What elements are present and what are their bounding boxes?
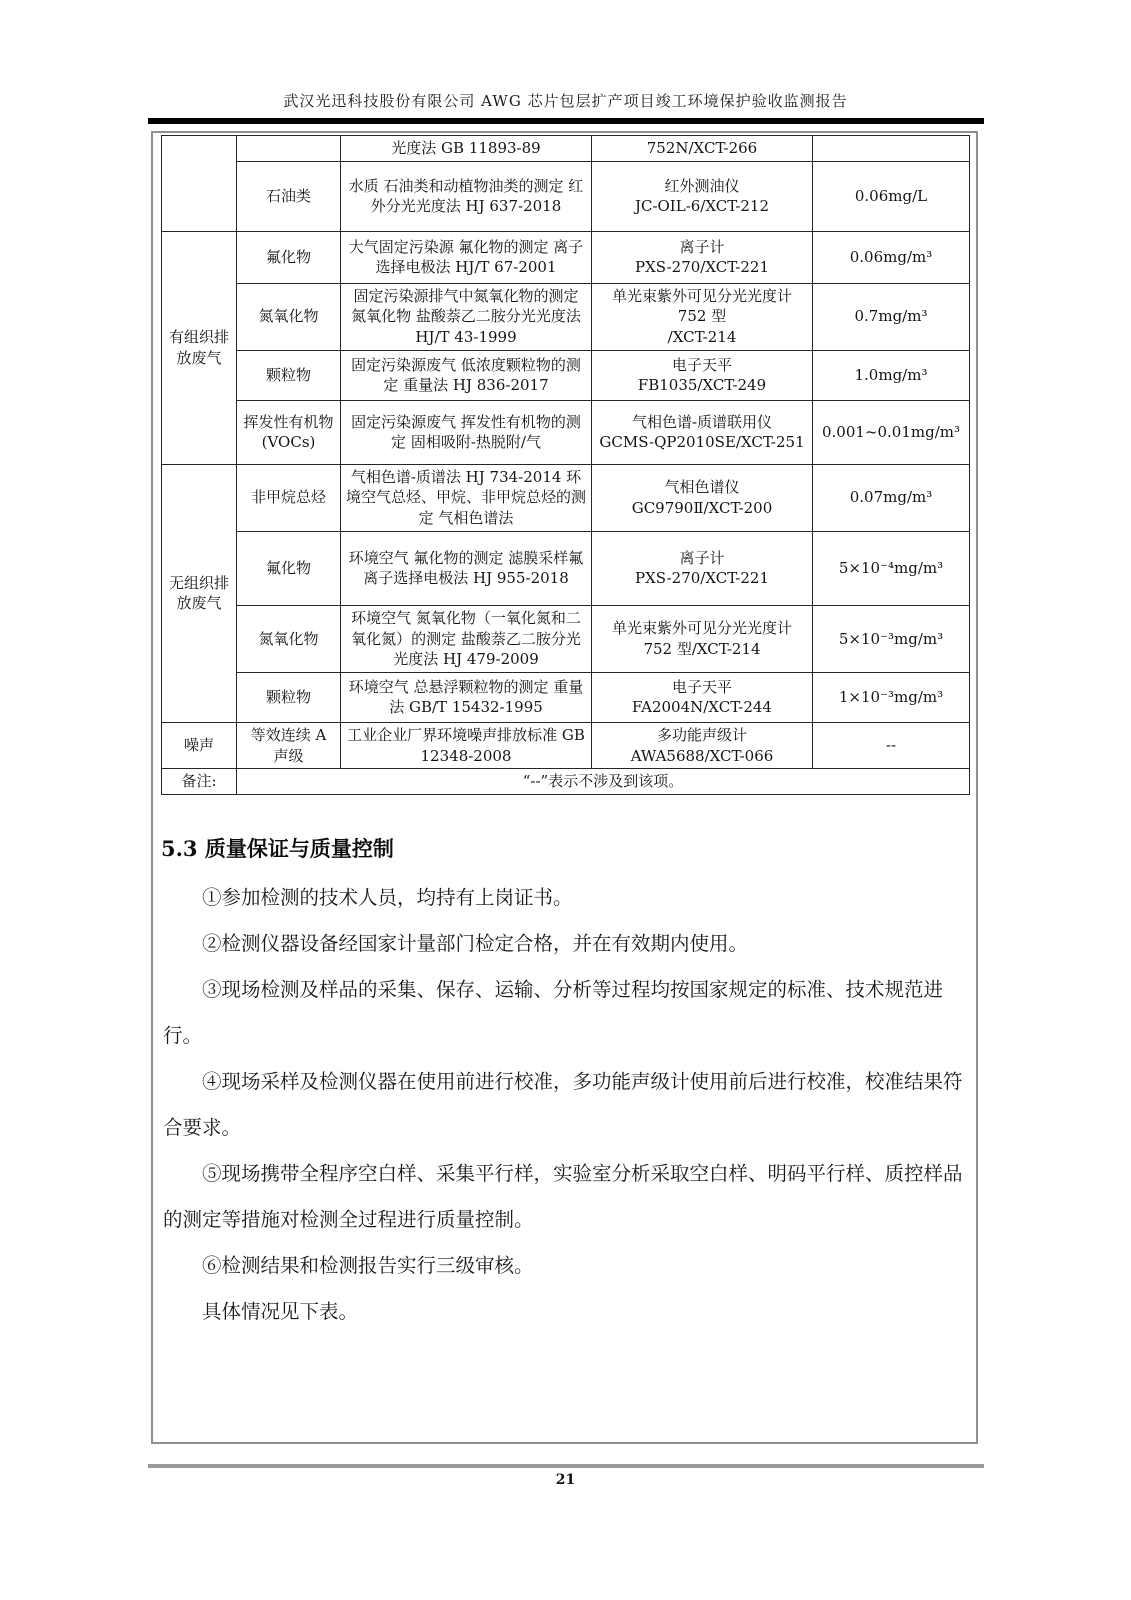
instrument-cell: 多功能声级计 AWA5688/XCT-066 (592, 722, 813, 768)
param-cell (237, 136, 341, 162)
param-cell: 氮氧化物 (237, 283, 341, 350)
param-cell: 石油类 (237, 161, 341, 231)
param-cell: 氟化物 (237, 231, 341, 283)
detection-limit-cell: 0.07mg/m³ (813, 464, 970, 531)
detection-limit-cell: 0.06mg/m³ (813, 231, 970, 283)
qa-section-body: ①参加检测的技术人员，均持有上岗证书。 ②检测仪器设备经国家计量部门检定合格，并… (153, 875, 976, 1335)
instrument-cell: 离子计 PXS-270/XCT-221 (592, 231, 813, 283)
method-cell: 固定污染源废气 挥发性有机物的测定 固相吸附-热脱附/气 (341, 400, 592, 464)
method-cell: 气相色谱-质谱法 HJ 734-2014 环境空气总烃、甲烷、非甲烷总烃的测定 … (341, 464, 592, 531)
param-cell: 非甲烷总烃 (237, 464, 341, 531)
qa-paragraph-5: ⑤现场携带全程序空白样、采集平行样，实验室分析采取空白样、明码平行样、质控样品的… (163, 1151, 964, 1243)
instrument-cell: 气相色谱-质谱联用仪 GCMS-QP2010SE/XCT-251 (592, 400, 813, 464)
footer-rule (148, 1464, 984, 1468)
param-cell: 氟化物 (237, 531, 341, 605)
note-cell: “--”表示不涉及到该项。 (237, 769, 970, 795)
group-cell-unorganized-gas: 无组织排放废气 (162, 464, 237, 722)
param-cell: 等效连续 A 声级 (237, 722, 341, 768)
monitoring-methods-table: 光度法 GB 11893-89 752N/XCT-266 石油类 水质 石油类和… (161, 135, 970, 795)
group-cell-organized-gas: 有组织排放废气 (162, 231, 237, 464)
instrument-cell: 红外测油仪 JC-OIL-6/XCT-212 (592, 161, 813, 231)
detection-limit-cell: 5×10⁻⁴mg/m³ (813, 531, 970, 605)
param-cell: 颗粒物 (237, 350, 341, 400)
group-cell-noise: 噪声 (162, 722, 237, 768)
detection-limit-cell: 0.7mg/m³ (813, 283, 970, 350)
detection-limit-cell: -- (813, 722, 970, 768)
qa-paragraph-2: ②检测仪器设备经国家计量部门检定合格，并在有效期内使用。 (163, 921, 964, 967)
qa-paragraph-3: ③现场检测及样品的采集、保存、运输、分析等过程均按国家规定的标准、技术规范进行。 (163, 967, 964, 1059)
detection-limit-cell: 1.0mg/m³ (813, 350, 970, 400)
detection-limit-cell: 0.06mg/L (813, 161, 970, 231)
method-cell: 固定污染源废气 低浓度颗粒物的测定 重量法 HJ 836-2017 (341, 350, 592, 400)
method-cell: 环境空气 氟化物的测定 滤膜采样氟离子选择电极法 HJ 955-2018 (341, 531, 592, 605)
section-heading: 5.3 质量保证与质量控制 (161, 833, 976, 863)
qa-paragraph-1: ①参加检测的技术人员，均持有上岗证书。 (163, 875, 964, 921)
param-cell: 颗粒物 (237, 672, 341, 722)
closing-line: 具体情况见下表。 (163, 1289, 964, 1335)
instrument-cell: 电子天平 FB1035/XCT-249 (592, 350, 813, 400)
qa-paragraph-6: ⑥检测结果和检测报告实行三级审核。 (163, 1243, 964, 1289)
param-cell: 氮氧化物 (237, 605, 341, 672)
group-cell-empty (162, 136, 237, 232)
method-cell: 环境空气 总悬浮颗粒物的测定 重量法 GB/T 15432-1995 (341, 672, 592, 722)
instrument-cell: 电子天平 FA2004N/XCT-244 (592, 672, 813, 722)
instrument-cell: 气相色谱仪 GC9790Ⅱ/XCT-200 (592, 464, 813, 531)
instrument-cell: 离子计 PXS-270/XCT-221 (592, 531, 813, 605)
method-cell: 水质 石油类和动植物油类的测定 红外分光光度法 HJ 637-2018 (341, 161, 592, 231)
note-label-cell: 备注: (162, 769, 237, 795)
detection-limit-cell (813, 136, 970, 162)
method-cell: 大气固定污染源 氟化物的测定 离子选择电极法 HJ/T 67-2001 (341, 231, 592, 283)
detection-limit-cell: 5×10⁻³mg/m³ (813, 605, 970, 672)
method-cell: 环境空气 氮氧化物（一氧化氮和二氧化氮）的测定 盐酸萘乙二胺分光光度法 HJ 4… (341, 605, 592, 672)
detection-limit-cell: 0.001~0.01mg/m³ (813, 400, 970, 464)
page-border-box: 光度法 GB 11893-89 752N/XCT-266 石油类 水质 石油类和… (151, 131, 978, 1444)
instrument-cell: 单光束紫外可见分光光度计 752 型 /XCT-214 (592, 283, 813, 350)
instrument-cell: 752N/XCT-266 (592, 136, 813, 162)
document-page: 武汉光迅科技股份有限公司 AWG 芯片包层扩产项目竣工环境保护验收监测报告 光度… (0, 0, 1131, 1600)
header-rule (148, 118, 984, 124)
detection-limit-cell: 1×10⁻³mg/m³ (813, 672, 970, 722)
method-cell: 工业企业厂界环境噪声排放标准 GB 12348-2008 (341, 722, 592, 768)
document-header-title: 武汉光迅科技股份有限公司 AWG 芯片包层扩产项目竣工环境保护验收监测报告 (0, 90, 1131, 111)
method-cell: 光度法 GB 11893-89 (341, 136, 592, 162)
page-number: 21 (0, 1472, 1131, 1488)
param-cell: 挥发性有机物 (VOCs) (237, 400, 341, 464)
instrument-cell: 单光束紫外可见分光光度计 752 型/XCT-214 (592, 605, 813, 672)
qa-paragraph-4: ④现场采样及检测仪器在使用前进行校准，多功能声级计使用前后进行校准，校准结果符合… (163, 1059, 964, 1151)
method-cell: 固定污染源排气中氮氧化物的测定 氮氧化物 盐酸萘乙二胺分光光度法 HJ/T 43… (341, 283, 592, 350)
